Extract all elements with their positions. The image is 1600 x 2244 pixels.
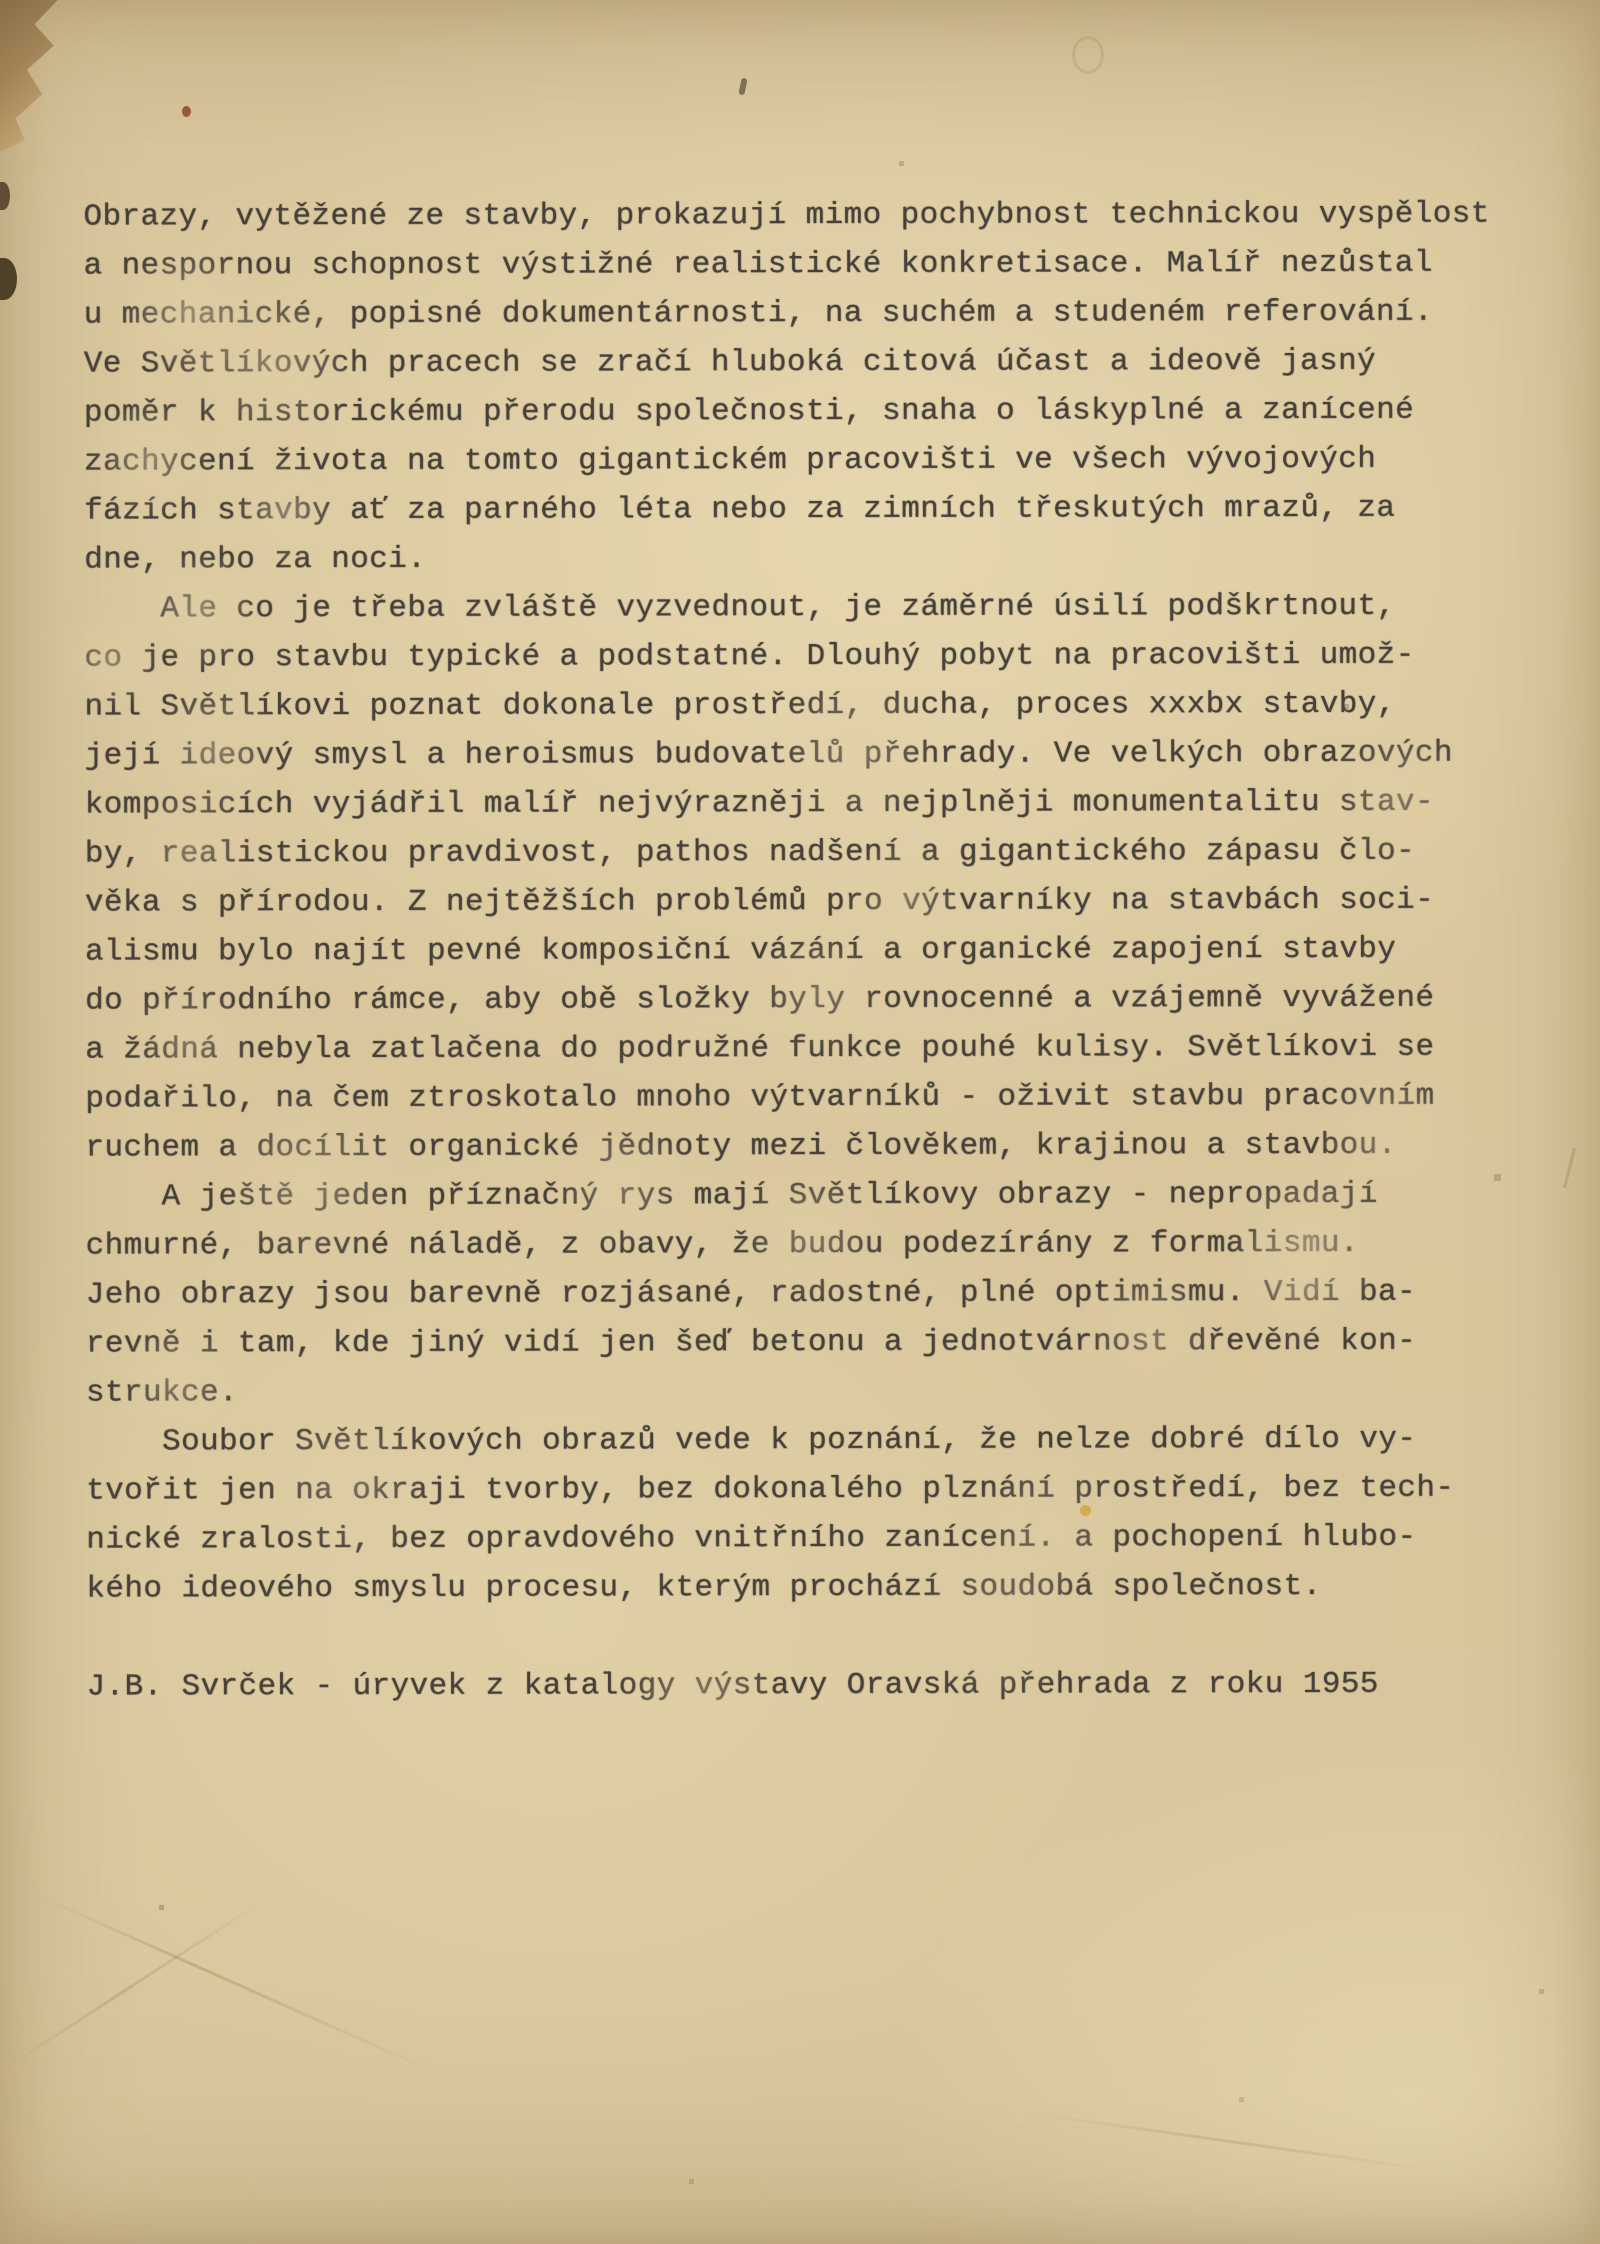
paragraph-3: A ještě jeden příznačný rys mají Světlík… (85, 1169, 1566, 1417)
document-page: Obrazy, vytěžené ze stavby, prokazují mi… (0, 0, 1600, 2244)
signature-line: J.B. Svrček - úryvek z katalogy výstavy … (86, 1659, 1566, 1711)
paper-stain-edge-notch (0, 258, 17, 300)
paper-crease (39, 1895, 433, 2073)
paper-smudge (1072, 36, 1104, 74)
typewritten-text: Obrazy, vytěžené ze stavby, prokazují mi… (83, 189, 1566, 1711)
paper-stain-torn-corner (0, 0, 96, 152)
paragraph-4: Soubor Světlíkových obrazů vede k poznán… (86, 1414, 1566, 1613)
paragraph-2: Ale co je třeba zvláště vyzvednout, je z… (84, 581, 1565, 1172)
paper-stain-speck (182, 106, 191, 117)
paragraph-1: Obrazy, vytěžené ze stavby, prokazují mi… (83, 189, 1564, 584)
paper-crease (1022, 2111, 1438, 2172)
paper-crease (7, 1896, 269, 2067)
ink-stray-mark (738, 78, 747, 96)
dust-specks (0, 0, 3, 3)
paper-stain-edge-notch (0, 182, 10, 210)
